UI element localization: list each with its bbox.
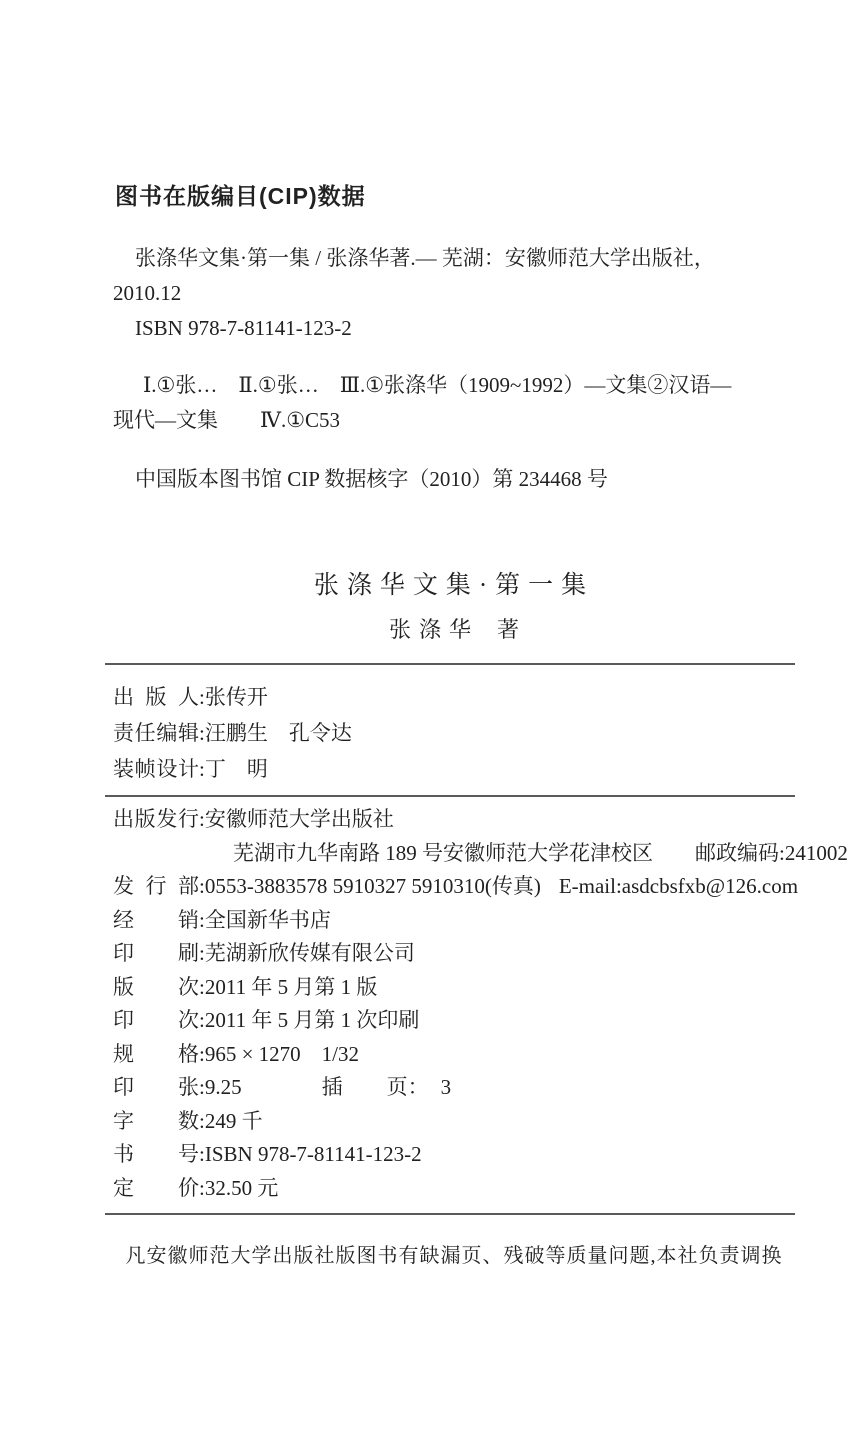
colophon-block: 出版发行:安徽师范大学出版社 芜湖市九华南路 189 号安徽师范大学花津校区邮政… — [113, 803, 795, 1205]
colophon-row-edition: 版次:2011 年 5 月第 1 版 — [113, 971, 795, 1005]
colophon-label: 经销 — [113, 904, 199, 938]
colophon-value: 全国新华书店 — [205, 908, 331, 932]
colophon-row-printer: 印刷:芜湖新欣传媒有限公司 — [113, 937, 795, 971]
email-address: E-mail:asdcbsfxb@126.com — [559, 874, 798, 898]
colophon-value: 2011 年 5 月第 1 版 — [205, 975, 377, 999]
colophon-value: 249 千 — [205, 1109, 263, 1133]
publisher-address: 芜湖市九华南路 189 号安徽师范大学花津校区 — [233, 841, 653, 865]
cip-classification-line-1: Ⅰ.①张… Ⅱ.①张… Ⅲ.①张涤华（1909~1992）—文集②汉语— — [113, 368, 795, 403]
staff-label: 装帧设计 — [113, 751, 199, 787]
staff-block: 出版人:张传开 责任编辑:汪鹏生 孔令达 装帧设计:丁 明 — [113, 679, 795, 787]
colophon-label: 定价 — [113, 1172, 199, 1206]
colophon-value: 9.25 — [205, 1075, 242, 1099]
colophon-row-address: 芜湖市九华南路 189 号安徽师范大学花津校区邮政编码:241002 — [113, 837, 795, 871]
divider-rule-bottom — [105, 1213, 795, 1215]
book-title: 张涤华文集·第一集 — [113, 569, 795, 603]
colophon-label: 插页 — [322, 1071, 408, 1105]
colophon-row-publisher: 出版发行:安徽师范大学出版社 — [113, 803, 795, 837]
divider-rule-middle — [105, 795, 795, 797]
colophon-row-price: 定价:32.50 元 — [113, 1172, 795, 1206]
staff-row-editors: 责任编辑:汪鹏生 孔令达 — [113, 715, 795, 751]
staff-row-publisher: 出版人:张传开 — [113, 679, 795, 715]
colophon-row-wordcount: 字数:249 千 — [113, 1105, 795, 1139]
colophon-value: 32.50 元 — [205, 1176, 279, 1200]
staff-label: 出版人 — [113, 679, 199, 715]
colophon-label: 版次 — [113, 971, 199, 1005]
colophon-row-format: 规格:965 × 1270 1/32 — [113, 1038, 795, 1072]
cip-registry-number: 中国版本图书馆 CIP 数据核字（2010）第 234468 号 — [113, 462, 795, 497]
copyright-page: 图书在版编目(CIP)数据 张涤华文集·第一集 / 张涤华著.— 芜湖：安徽师范… — [0, 0, 855, 1438]
separator: ： — [408, 1075, 429, 1099]
colophon-row-retail: 经销:全国新华书店 — [113, 904, 795, 938]
cip-entry-line-2: 2010.12 — [113, 276, 795, 311]
colophon-row-sheets: 印张:9.25插页：3 — [113, 1071, 795, 1105]
colophon-label: 字数 — [113, 1105, 199, 1139]
colophon-row-printing: 印次:2011 年 5 月第 1 次印刷 — [113, 1004, 795, 1038]
cip-heading: 图书在版编目(CIP)数据 — [115, 178, 795, 211]
staff-label: 责任编辑 — [113, 715, 199, 751]
insert-pages-pair: 插页：3 — [322, 1075, 452, 1099]
author-name: 张涤华 — [389, 617, 479, 642]
cip-block: 图书在版编目(CIP)数据 张涤华文集·第一集 / 张涤华著.— 芜湖：安徽师范… — [113, 178, 795, 497]
colophon-value: 3 — [429, 1075, 452, 1099]
colophon-value: 965 × 1270 1/32 — [205, 1042, 359, 1066]
colophon-row-distribution: 发行部:0553-3883578 5910327 5910310(传真)E-ma… — [113, 870, 795, 904]
phone-numbers: 0553-3883578 5910327 5910310(传真) — [205, 874, 541, 898]
colophon-label: 出版发行 — [113, 803, 199, 837]
author-role: 著 — [497, 617, 519, 642]
colophon-value: 安徽师范大学出版社 — [205, 807, 394, 831]
colophon-label: 印次 — [113, 1004, 199, 1038]
cip-isbn-line: ISBN 978-7-81141-123-2 — [113, 311, 795, 346]
cip-entry-line-1: 张涤华文集·第一集 / 张涤华著.— 芜湖：安徽师范大学出版社， — [113, 241, 795, 276]
colophon-value: 芜湖新欣传媒有限公司 — [205, 941, 415, 965]
colophon-label: 印刷 — [113, 937, 199, 971]
colophon-label: 发行部 — [113, 870, 199, 904]
colophon-value: 2011 年 5 月第 1 次印刷 — [205, 1008, 419, 1032]
staff-value: 汪鹏生 孔令达 — [205, 721, 352, 745]
cip-classification-line-2: 现代—文集 Ⅳ.①C53 — [113, 403, 795, 438]
postal-code: 邮政编码:241002 — [695, 841, 848, 865]
divider-rule-top — [105, 663, 795, 665]
colophon-label: 规格 — [113, 1038, 199, 1072]
colophon-label: 书号 — [113, 1138, 199, 1172]
book-author-line: 张涤华著 — [113, 615, 795, 645]
staff-value: 丁 明 — [205, 757, 268, 781]
colophon-value: ISBN 978-7-81141-123-2 — [205, 1142, 422, 1166]
quality-notice: 凡安徽师范大学出版社版图书有缺漏页、残破等质量问题,本社负责调换 — [113, 1239, 795, 1268]
staff-value: 张传开 — [205, 685, 268, 709]
colophon-row-isbn: 书号:ISBN 978-7-81141-123-2 — [113, 1138, 795, 1172]
staff-row-designer: 装帧设计:丁 明 — [113, 751, 795, 787]
colophon-label: 印张 — [113, 1071, 199, 1105]
